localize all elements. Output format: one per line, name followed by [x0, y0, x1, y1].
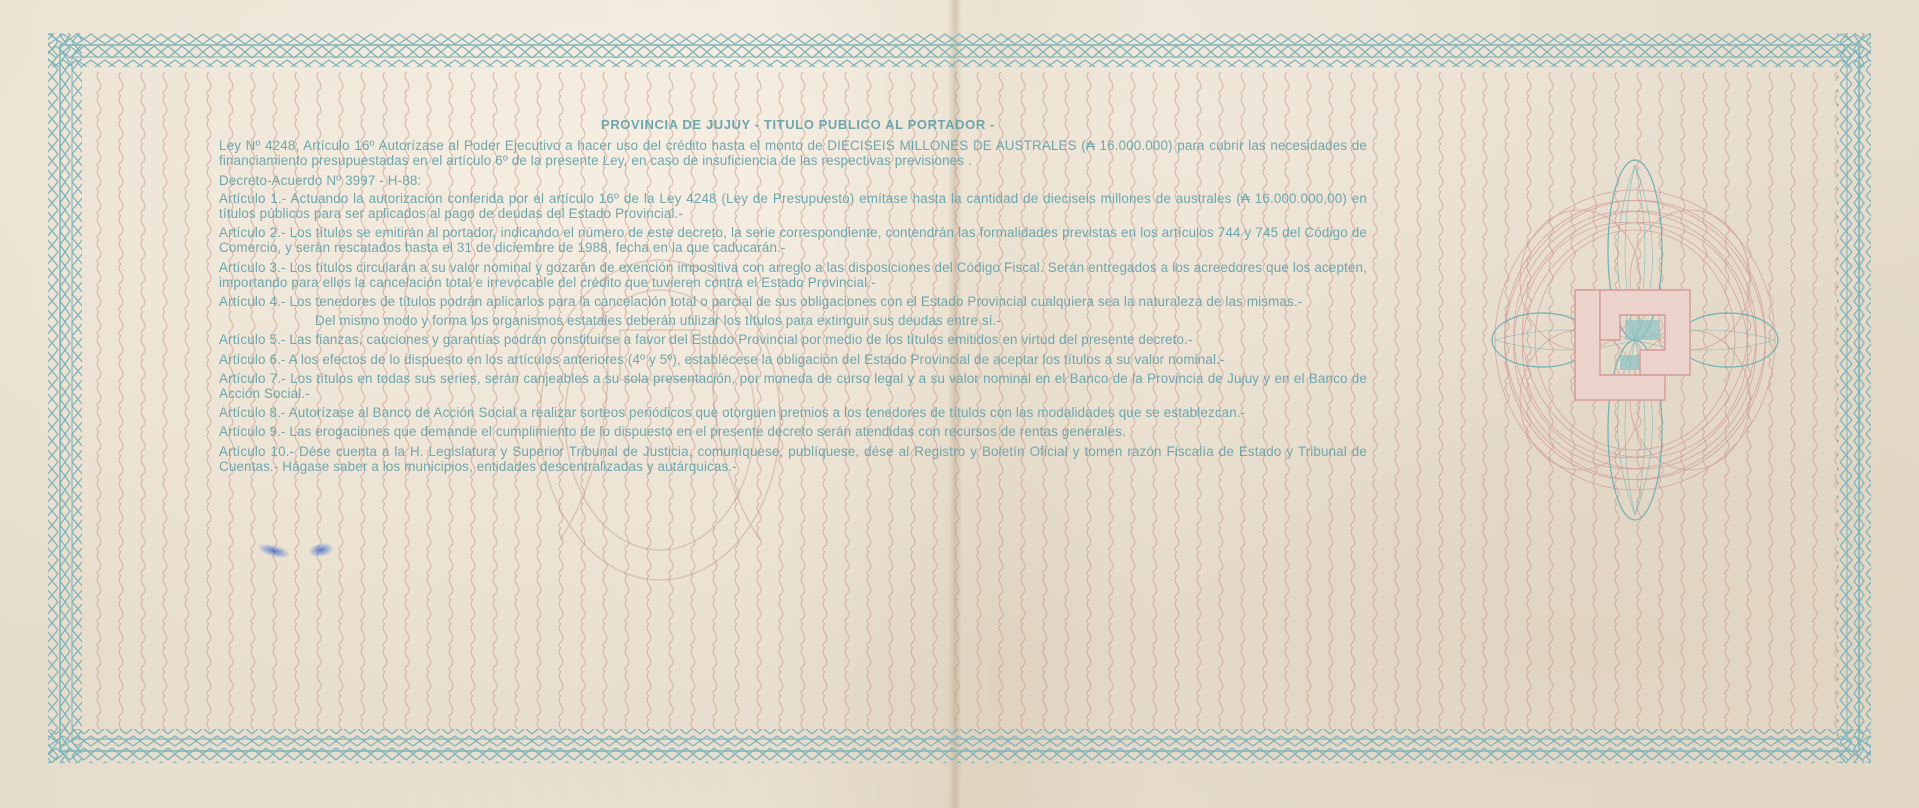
article-10: Artículo 10.- Dése cuenta a la H. Legisl…: [219, 444, 1367, 474]
document-body: PROVINCIA DE JUJUY - TITULO PUBLICO AL P…: [219, 117, 1367, 478]
rosette-monogram-emblem: [1490, 150, 1780, 530]
article-6: Artículo 6.- A los efectos de lo dispues…: [219, 352, 1367, 367]
article-3: Artículo 3.- Los títulos circularán a su…: [219, 260, 1367, 290]
article-1: Artículo 1.- Actuando la autorización co…: [219, 191, 1367, 221]
article-7: Artículo 7.- Los títulos en todas sus se…: [219, 371, 1367, 401]
article-8: Artículo 8.- Autorízase al Banco de Acci…: [219, 405, 1367, 420]
article-4-continuation: Del mismo modo y forma los organismos es…: [219, 313, 1367, 328]
article-9: Artículo 9.- Las erogaciones que demande…: [219, 424, 1367, 439]
law-paragraph: Ley Nº 4248, Artículo 16º Autorízase al …: [219, 138, 1367, 168]
article-2: Artículo 2.- Los títulos se emitirán al …: [219, 225, 1367, 255]
article-5: Artículo 5.- Las fianzas, cauciones y ga…: [219, 332, 1367, 347]
document-title: PROVINCIA DE JUJUY - TITULO PUBLICO AL P…: [219, 117, 1367, 132]
article-4: Artículo 4.- Los tenedores de títulos po…: [219, 294, 1367, 309]
decree-heading: Decreto-Acuerdo Nº 3997 - H-88:: [219, 173, 1367, 188]
